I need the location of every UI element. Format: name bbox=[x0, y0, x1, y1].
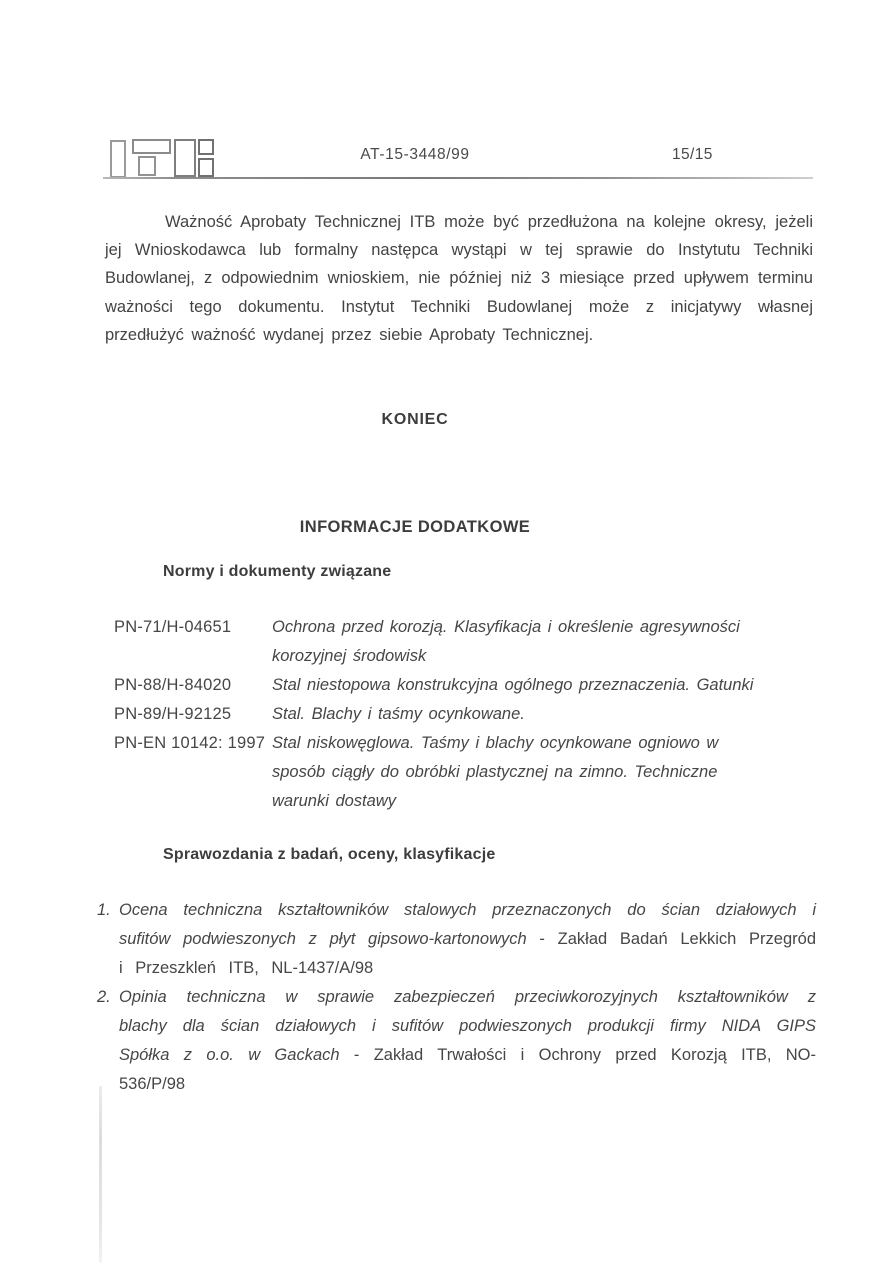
header-rule bbox=[103, 177, 813, 179]
validity-paragraph: Ważność Aprobaty Technicznej ITB może by… bbox=[105, 208, 813, 350]
end-marker: KONIEC bbox=[0, 411, 830, 429]
report-number: 1. bbox=[97, 896, 119, 925]
standard-row: PN-EN 10142: 1997 Stal niskowęglowa. Taś… bbox=[114, 729, 814, 816]
report-text: Opinia techniczna w sprawie zabezpieczeń… bbox=[119, 983, 816, 1099]
standard-row: PN-71/H-04651 Ochrona przed korozją. Kla… bbox=[114, 613, 814, 671]
page-number: 15/15 bbox=[672, 146, 713, 164]
document-page: AT-15-3448/99 15/15 Ważność Aprobaty Tec… bbox=[0, 0, 893, 1263]
reports-heading: Sprawozdania z badań, oceny, klasyfikacj… bbox=[163, 846, 495, 864]
standard-code: PN-89/H-92125 bbox=[114, 700, 272, 729]
standard-description: Stal niskowęglowa. Taśmy i blachy ocynko… bbox=[272, 729, 762, 816]
standard-description: Stal niestopowa konstrukcyjna ogólnego p… bbox=[272, 671, 762, 700]
standard-code: PN-88/H-84020 bbox=[114, 671, 272, 700]
scan-artifact bbox=[99, 1086, 102, 1263]
standard-description: Ochrona przed korozją. Klasyfikacja i ok… bbox=[272, 613, 762, 671]
reports-list: 1. Ocena techniczna kształtowników stalo… bbox=[97, 896, 816, 1099]
report-item: 1. Ocena techniczna kształtowników stalo… bbox=[97, 896, 816, 983]
report-number: 2. bbox=[97, 983, 119, 1012]
standards-heading: Normy i dokumenty związane bbox=[163, 563, 391, 581]
standard-row: PN-88/H-84020 Stal niestopowa konstrukcy… bbox=[114, 671, 814, 700]
standard-code: PN-EN 10142: 1997 bbox=[114, 729, 272, 758]
report-text: Ocena techniczna kształtowników stalowyc… bbox=[119, 896, 816, 983]
additional-info-title: INFORMACJE DODATKOWE bbox=[0, 518, 830, 537]
standard-description: Stal. Blachy i taśmy ocynkowane. bbox=[272, 700, 762, 729]
standard-code: PN-71/H-04651 bbox=[114, 613, 272, 642]
standard-row: PN-89/H-92125 Stal. Blachy i taśmy ocynk… bbox=[114, 700, 814, 729]
standards-list: PN-71/H-04651 Ochrona przed korozją. Kla… bbox=[114, 613, 814, 816]
report-item: 2. Opinia techniczna w sprawie zabezpiec… bbox=[97, 983, 816, 1099]
